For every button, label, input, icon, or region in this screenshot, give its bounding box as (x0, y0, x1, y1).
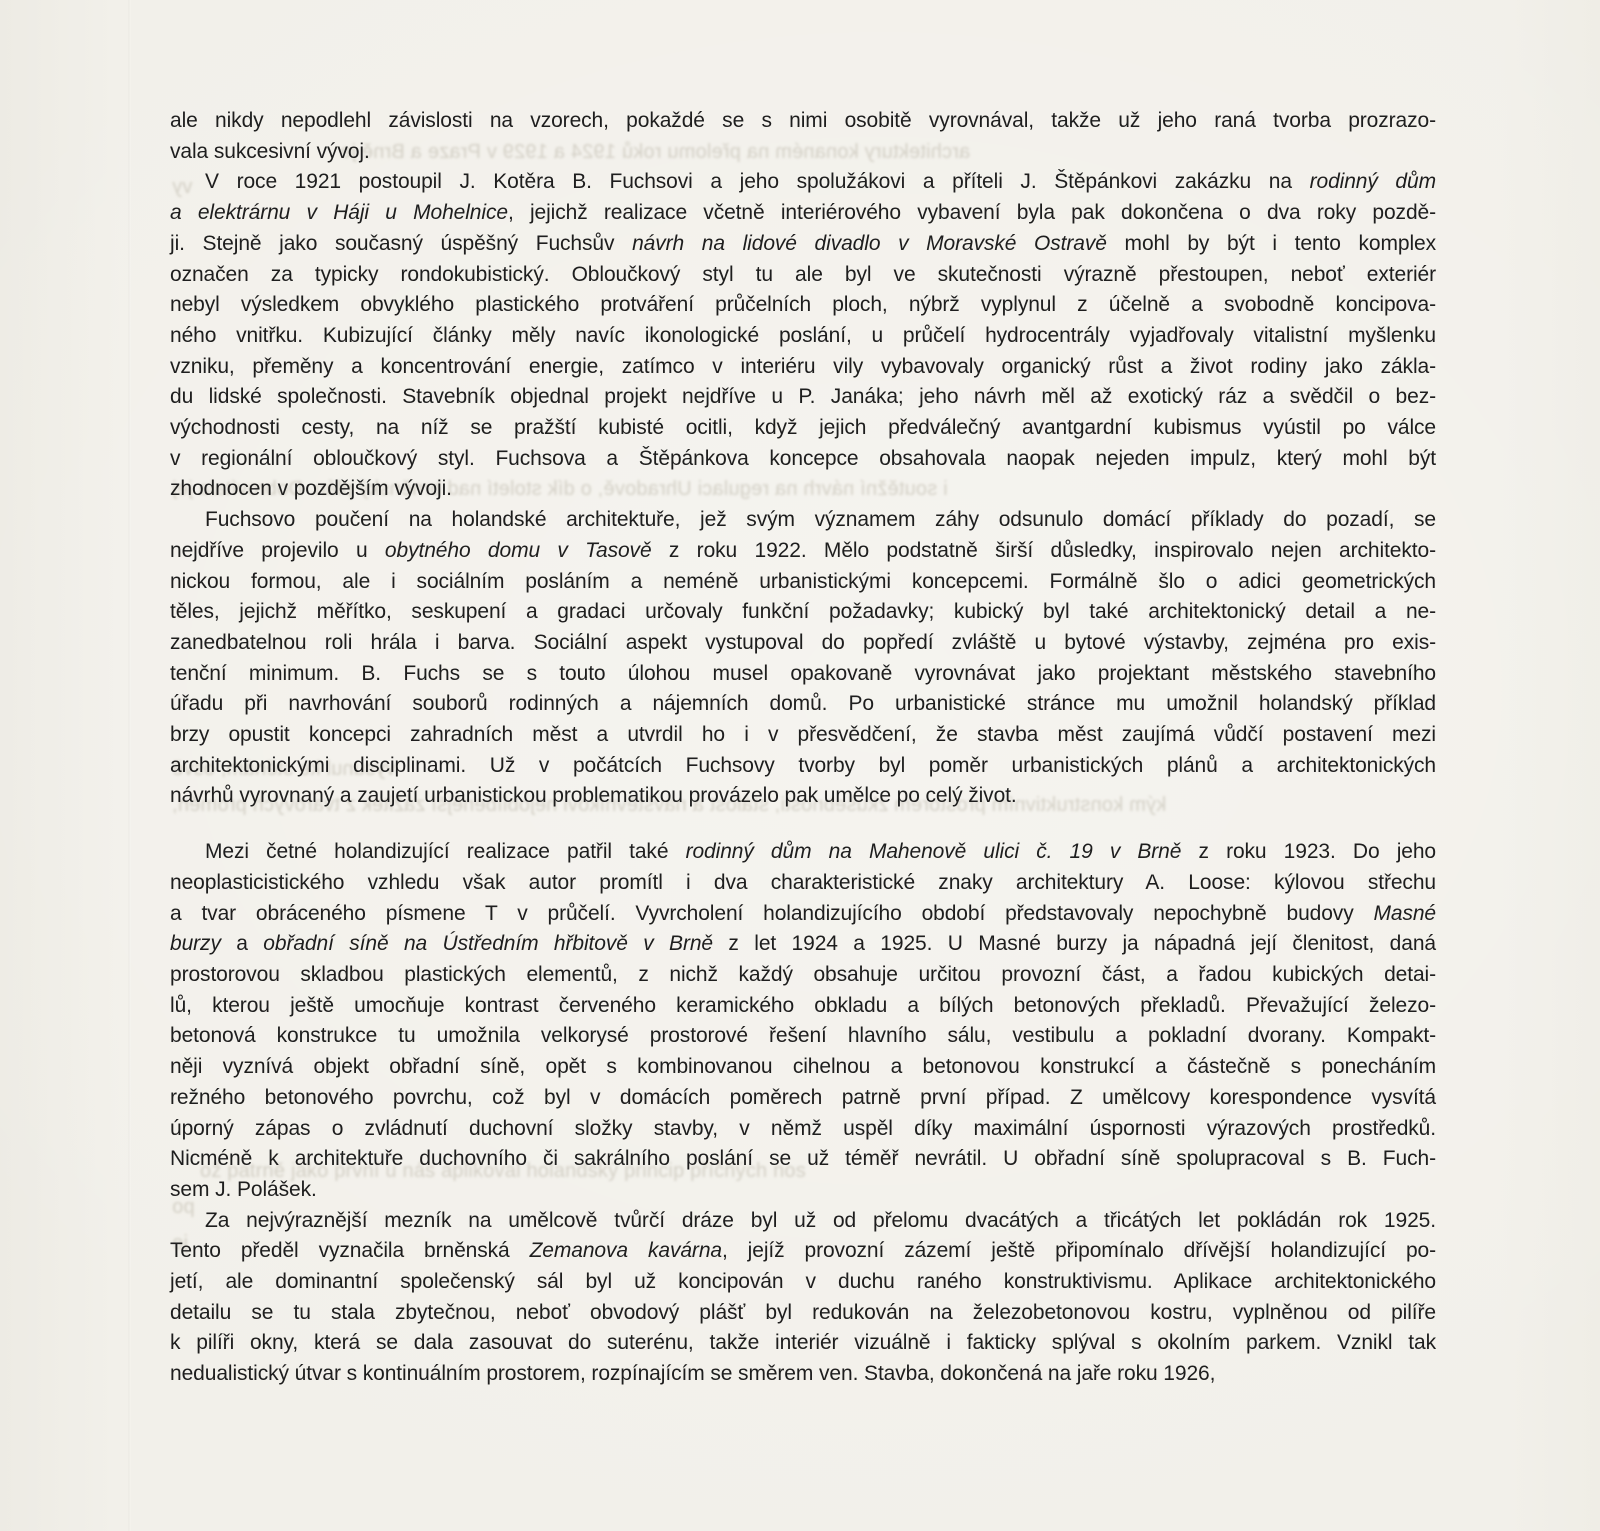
text-segment: něji vyznívá objekt obřadní síně, opět s… (170, 1055, 1436, 1078)
text-line: architektonickými disciplinami. Už v poč… (170, 751, 1436, 782)
text-segment: neoplasticistického vzhledu však autor p… (170, 871, 1436, 894)
text-block: ale nikdy nepodlehl závislosti na vzorec… (170, 106, 1436, 1390)
text-segment: z roku 1922. Mělo podstatně širší důsled… (652, 539, 1436, 562)
text-line: Za nejvýraznější mezník na umělcově tvůr… (170, 1206, 1436, 1237)
paragraph-5: Za nejvýraznější mezník na umělcově tvůr… (170, 1206, 1436, 1390)
text-line: ale nikdy nepodlehl závislosti na vzorec… (170, 106, 1436, 137)
text-line: tenční minimum. B. Fuchs se s touto úloh… (170, 659, 1436, 690)
italic-text-segment: Zemanova kavárna (530, 1239, 722, 1262)
italic-text-segment: rodinný dům (1310, 170, 1436, 193)
text-segment: nedualistický útvar s kontinuálním prost… (170, 1362, 1215, 1385)
italic-text-segment: obytného domu v Tasově (385, 539, 652, 562)
text-segment: vala sukcesivní vývoj. (170, 140, 370, 163)
text-segment: , jejíž provozní zázemí ještě připomínal… (722, 1239, 1436, 1262)
text-segment: východnosti cesty, na níž se pražští kub… (170, 416, 1436, 439)
text-segment: Tento předěl vyznačila brněnská (170, 1239, 530, 1262)
text-line: vzniku, přeměny a koncentrování energie,… (170, 352, 1436, 383)
text-line: návrhů vyrovnaný a zaujetí urbanistickou… (170, 781, 1436, 812)
paragraph-2: V roce 1921 postoupil J. Kotěra B. Fuchs… (170, 167, 1436, 505)
text-segment: z let 1924 a 1925. U Masné burzy ja nápa… (713, 932, 1436, 955)
text-line: úporný zápas o zvládnutí duchovní složky… (170, 1114, 1436, 1145)
text-segment: prostorovou skladbou plastických element… (170, 963, 1436, 986)
text-line: nickou formou, ale i sociálním posláním … (170, 567, 1436, 598)
text-line: úřadu při navrhování souborů rodinných a… (170, 689, 1436, 720)
text-segment: mohl by být i tento komplex (1107, 232, 1436, 255)
paragraph-4: Mezi četné holandizující realizace patři… (170, 837, 1436, 1205)
text-segment: nejdříve projevilo u (170, 539, 385, 562)
text-line: něji vyznívá objekt obřadní síně, opět s… (170, 1052, 1436, 1083)
text-line: sem J. Polášek. (170, 1175, 1436, 1206)
text-segment: úporný zápas o zvládnutí duchovní složky… (170, 1117, 1436, 1140)
text-segment: architektonickými disciplinami. Už v poč… (170, 754, 1436, 777)
text-line: v regionální obloučkový styl. Fuchsova a… (170, 444, 1436, 475)
text-line: k pilíři okny, která se dala zasouvat do… (170, 1328, 1436, 1359)
text-segment: V roce 1921 postoupil J. Kotěra B. Fuchs… (205, 170, 1310, 193)
text-line: jetí, ale dominantní společenský sál byl… (170, 1267, 1436, 1298)
text-segment: Mezi četné holandizující realizace patři… (205, 840, 686, 863)
text-line: burzy a obřadní síně na Ústředním hřbito… (170, 929, 1436, 960)
text-line: V roce 1921 postoupil J. Kotěra B. Fuchs… (170, 167, 1436, 198)
page-crease (128, 0, 131, 1531)
text-line: nejdříve projevilo u obytného domu v Tas… (170, 536, 1436, 567)
text-line: nebyl výsledkem obvyklého plastického pr… (170, 290, 1436, 321)
italic-text-segment: a elektrárnu v Háji u Mohelnice (170, 201, 508, 224)
text-line: východnosti cesty, na níž se pražští kub… (170, 413, 1436, 444)
text-segment: zhodnocen v pozdějším vývoji. (170, 477, 452, 500)
text-segment: betonová konstrukce tu umožnila velkorys… (170, 1024, 1436, 1047)
text-segment: těles, jejichž měřítko, seskupení a grad… (170, 600, 1436, 623)
text-line: Tento předěl vyznačila brněnská Zemanova… (170, 1236, 1436, 1267)
paragraph-1: ale nikdy nepodlehl závislosti na vzorec… (170, 106, 1436, 167)
italic-text-segment: návrh na lidové divadlo v Moravské Ostra… (632, 232, 1107, 255)
scanned-page: architektury konaném na přelomu roků 192… (0, 0, 1600, 1531)
text-segment: du lidské společnosti. Stavebník objedna… (170, 385, 1436, 408)
text-line: a elektrárnu v Háji u Mohelnice, jejichž… (170, 198, 1436, 229)
text-segment: Fuchsovo poučení na holandské architektu… (205, 508, 1436, 531)
text-segment: a tvar obráceného písmene T v průčelí. V… (170, 902, 1373, 925)
text-segment: zanedbatelnou roli hrála i barva. Sociál… (170, 631, 1436, 654)
text-line: neoplasticistického vzhledu však autor p… (170, 868, 1436, 899)
text-line: vala sukcesivní vývoj. (170, 137, 1436, 168)
text-line: du lidské společnosti. Stavebník objedna… (170, 382, 1436, 413)
text-line: Fuchsovo poučení na holandské architektu… (170, 505, 1436, 536)
text-segment: úřadu při navrhování souborů rodinných a… (170, 692, 1436, 715)
text-segment: Za nejvýraznější mezník na umělcově tvůr… (205, 1209, 1436, 1232)
text-line: Nicméně k architektuře duchovního či sak… (170, 1144, 1436, 1175)
text-line: zhodnocen v pozdějším vývoji. (170, 474, 1436, 505)
text-segment: označen za typicky rondokubistický. Oblo… (170, 263, 1436, 286)
text-segment: nickou formou, ale i sociálním posláním … (170, 570, 1436, 593)
text-segment: a (221, 932, 263, 955)
text-line: režného betonového povrchu, což byl v do… (170, 1083, 1436, 1114)
text-line: těles, jejichž měřítko, seskupení a grad… (170, 597, 1436, 628)
text-segment: detailu se tu stala zbytečnou, neboť obv… (170, 1301, 1436, 1324)
text-segment: lů, kterou ještě umocňuje kontrast červe… (170, 994, 1436, 1017)
text-segment: jetí, ale dominantní společenský sál byl… (170, 1270, 1436, 1293)
text-line: prostorovou skladbou plastických element… (170, 960, 1436, 991)
text-segment: , jejichž realizace včetně interiérového… (508, 201, 1436, 224)
text-line: nedualistický útvar s kontinuálním prost… (170, 1359, 1436, 1390)
text-segment: sem J. Polášek. (170, 1178, 317, 1201)
italic-text-segment: burzy (170, 932, 221, 955)
text-line: detailu se tu stala zbytečnou, neboť obv… (170, 1298, 1436, 1329)
text-segment: ji. Stejně jako současný úspěšný Fuchsův (170, 232, 632, 255)
text-segment: Nicméně k architektuře duchovního či sak… (170, 1147, 1436, 1170)
text-segment: tenční minimum. B. Fuchs se s touto úloh… (170, 662, 1436, 685)
text-segment: ného vnitřku. Kubizující články měly nav… (170, 324, 1436, 347)
text-segment: nebyl výsledkem obvyklého plastického pr… (170, 293, 1436, 316)
text-segment: v regionální obloučkový styl. Fuchsova a… (170, 447, 1436, 470)
text-line: lů, kterou ještě umocňuje kontrast červe… (170, 991, 1436, 1022)
text-line: ji. Stejně jako současný úspěšný Fuchsův… (170, 229, 1436, 260)
text-line: označen za typicky rondokubistický. Oblo… (170, 260, 1436, 291)
text-segment: brzy opustit koncepci zahradních měst a … (170, 723, 1436, 746)
text-segment: ale nikdy nepodlehl závislosti na vzorec… (170, 109, 1436, 132)
text-line: brzy opustit koncepci zahradních měst a … (170, 720, 1436, 751)
text-segment: návrhů vyrovnaný a zaujetí urbanistickou… (170, 784, 1017, 807)
text-line: ného vnitřku. Kubizující články měly nav… (170, 321, 1436, 352)
italic-text-segment: rodinný dům na Mahenově ulici č. 19 v Br… (686, 840, 1182, 863)
text-segment: vzniku, přeměny a koncentrování energie,… (170, 355, 1436, 378)
text-segment: z roku 1923. Do jeho (1181, 840, 1436, 863)
italic-text-segment: Masné (1373, 902, 1436, 925)
text-line: betonová konstrukce tu umožnila velkorys… (170, 1021, 1436, 1052)
text-line: a tvar obráceného písmene T v průčelí. V… (170, 899, 1436, 930)
italic-text-segment: obřadní síně na Ústředním hřbitově v Brn… (263, 932, 713, 955)
text-segment: k pilíři okny, která se dala zasouvat do… (170, 1331, 1436, 1354)
text-line: Mezi četné holandizující realizace patři… (170, 837, 1436, 868)
text-segment: režného betonového povrchu, což byl v do… (170, 1086, 1436, 1109)
text-line: zanedbatelnou roli hrála i barva. Sociál… (170, 628, 1436, 659)
paragraph-3: Fuchsovo poučení na holandské architektu… (170, 505, 1436, 812)
